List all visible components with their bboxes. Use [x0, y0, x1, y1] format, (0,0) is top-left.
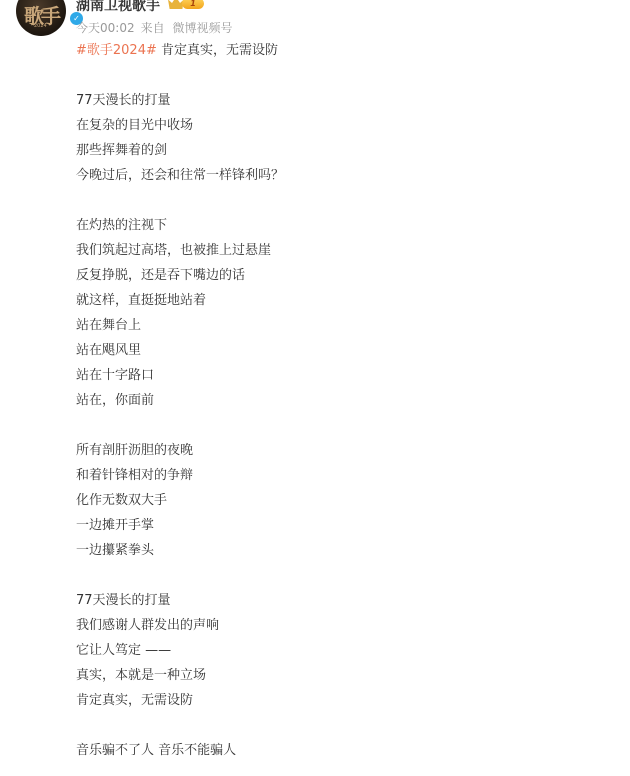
blank-line	[76, 563, 284, 588]
body-line: 在灼热的注视下	[76, 213, 284, 238]
body-line: 和着针锋相对的争辩	[76, 463, 284, 488]
source-prefix: 来自	[141, 21, 165, 35]
post-source[interactable]: 微博视频号	[172, 21, 232, 35]
body-line: 站在十字路口	[76, 363, 284, 388]
post-time[interactable]: 今天00:02	[76, 21, 135, 35]
body-line: 真实，本就是一种立场	[76, 663, 284, 688]
body-line: 77天漫长的打量	[76, 588, 284, 613]
body-line: 它让人笃定 ——	[76, 638, 284, 663]
post-headline: #歌手2024# 肯定真实，无需设防	[76, 39, 278, 58]
avatar[interactable]: 歌手 2024 ✓	[16, 0, 66, 36]
body-line: 站在飓风里	[76, 338, 284, 363]
post-meta: 今天00:02来自 微博视频号	[76, 19, 232, 36]
body-line: 今晚过后，还会和往常一样锋利吗？	[76, 163, 284, 188]
hashtag-link[interactable]: #歌手2024#	[76, 43, 157, 58]
post-body: 77天漫长的打量 在复杂的目光中收场 那些挥舞着的剑 今晚过后，还会和往常一样锋…	[76, 88, 284, 763]
avatar-logo-year: 2024	[34, 23, 47, 29]
body-line: 我们筑起过高塔，也被推上过悬崖	[76, 238, 284, 263]
body-line: 77天漫长的打量	[76, 88, 284, 113]
body-line: 所有剖肝沥胆的夜晚	[76, 438, 284, 463]
author-name[interactable]: 湖南卫视歌手	[76, 0, 160, 15]
vip-level: 1	[182, 0, 204, 9]
body-line: 一边摊开手掌	[76, 513, 284, 538]
blank-line	[76, 188, 284, 213]
vip-badge[interactable]: 1	[168, 0, 206, 11]
body-line: 那些挥舞着的剑	[76, 138, 284, 163]
body-line: 站在舞台上	[76, 313, 284, 338]
body-line: 肯定真实，无需设防	[76, 688, 284, 713]
body-line: 在复杂的目光中收场	[76, 113, 284, 138]
headline-text: 肯定真实，无需设防	[157, 43, 278, 58]
body-line: 化作无数双大手	[76, 488, 284, 513]
blank-line	[76, 413, 284, 438]
body-line: 就这样，直挺挺地站着	[76, 288, 284, 313]
blank-line	[76, 713, 284, 738]
body-line: 站在，你面前	[76, 388, 284, 413]
body-line: 我们感谢人群发出的声响	[76, 613, 284, 638]
body-line: 一边攥紧拳头	[76, 538, 284, 563]
body-line: 音乐骗不了人 音乐不能骗人	[76, 738, 284, 763]
body-line: 反复挣脱，还是吞下嘴边的话	[76, 263, 284, 288]
